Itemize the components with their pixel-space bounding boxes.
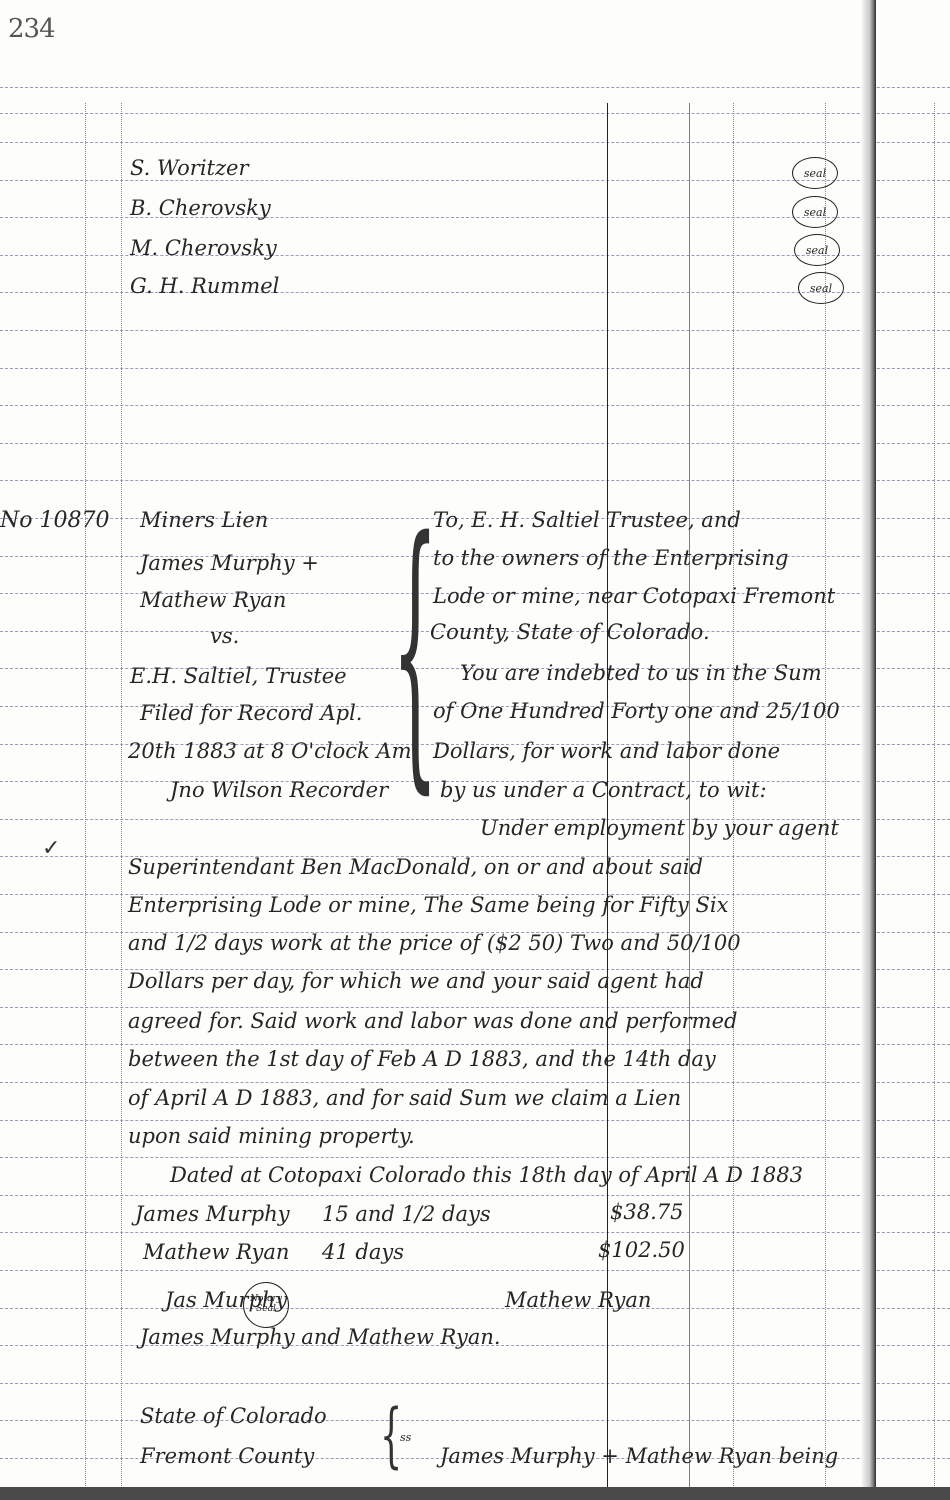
ruled-line: [0, 1232, 950, 1233]
check-mark-icon: ✓: [42, 836, 60, 861]
column-rule: [825, 103, 826, 1488]
body-line: of April A D 1883, and for said Sum we c…: [128, 1088, 681, 1109]
dated-line: Dated at Cotopaxi Colorado this 18th day…: [170, 1165, 803, 1186]
venue-state: State of Colorado: [140, 1406, 327, 1427]
caption-line: Mathew Ryan: [140, 590, 286, 611]
ruled-line: [0, 1082, 950, 1083]
ruled-line: [0, 480, 950, 481]
page-number: 234: [8, 14, 55, 44]
ledger-page: 234 S. Woritzer B. Cherovsky M. Cherovsk…: [0, 0, 950, 1500]
signature-line: B. Cherovsky: [130, 198, 271, 219]
claim-days: 41 days: [322, 1242, 404, 1263]
signature-line: Mathew Ryan: [505, 1290, 651, 1311]
ruled-line: [0, 330, 950, 331]
body-line: Dollars, for work and labor done: [433, 741, 780, 762]
scan-edge: [0, 1487, 950, 1500]
venue-brace: {: [380, 1400, 402, 1470]
body-line: agreed for. Said work and labor was done…: [128, 1011, 737, 1032]
ruled-line: [0, 1270, 950, 1271]
caption-line: E.H. Saltiel, Trustee: [130, 666, 347, 687]
body-line: You are indebted to us in the Sum: [460, 663, 822, 684]
body-text: To, E. H. Saltiel Trustee, and: [433, 508, 741, 532]
seal-stamp: seal: [794, 234, 840, 266]
body-line: Under employment by your agent: [480, 818, 839, 839]
caption-line: James Murphy +: [140, 553, 319, 574]
body-line: between the 1st day of Feb A D 1883, and…: [128, 1049, 716, 1070]
entry-number: No 10870: [0, 510, 109, 532]
ruled-line: [0, 1044, 950, 1045]
claim-claimant: Mathew Ryan: [143, 1242, 289, 1263]
body-line: and 1/2 days work at the price of ($2 50…: [128, 933, 741, 954]
body-line: County, State of Colorado.: [430, 622, 710, 643]
column-rule: [934, 103, 935, 1488]
venue-text: James Murphy + Mathew Ryan being: [440, 1446, 838, 1467]
ruled-line: [0, 368, 950, 369]
notary-seal-stamp: Notary Seal: [243, 1282, 289, 1328]
caption-line: vs.: [210, 626, 239, 647]
claim-days: 15 and 1/2 days: [322, 1204, 491, 1225]
body-line: of One Hundred Forty one and 25/100: [433, 701, 840, 722]
ruled-line: [0, 443, 950, 444]
ruled-line: [0, 1157, 950, 1158]
ruled-line: [0, 113, 950, 114]
ruled-line: [0, 405, 950, 406]
body-line: upon said mining property.: [128, 1126, 415, 1147]
claim-claimant: James Murphy: [135, 1204, 290, 1225]
signature-line: S. Woritzer: [130, 158, 249, 179]
signature-line: G. H. Rummel: [130, 276, 279, 297]
caption-line: Jno Wilson Recorder: [170, 780, 388, 801]
ruled-line: [0, 1007, 950, 1008]
body-line: Superintendant Ben MacDonald, on or and …: [128, 857, 703, 878]
ruled-line: [0, 1383, 950, 1384]
seal-stamp: seal: [792, 157, 838, 189]
ruled-line: [0, 1120, 950, 1121]
signature-line: M. Cherovsky: [130, 238, 277, 259]
seal-stamp: seal: [798, 272, 844, 304]
ruled-line: [0, 1195, 950, 1196]
caption-line: 20th 1883 at 8 O'clock Am: [128, 741, 412, 762]
seal-stamp: seal: [792, 196, 838, 228]
ruled-line: [0, 1308, 950, 1309]
signature-line: James Murphy and Mathew Ryan.: [140, 1327, 501, 1348]
body-line: by us under a Contract, to wit:: [440, 780, 767, 801]
caption-line: Filed for Record Apl.: [140, 703, 362, 724]
ruled-line: [0, 142, 950, 143]
body-line: To, E. H. Saltiel Trustee, and: [433, 510, 741, 531]
ruled-line: [0, 87, 950, 88]
venue-county: Fremont County: [140, 1446, 314, 1467]
book-binding-shadow: [862, 0, 876, 1488]
body-line: Dollars per day, for which we and your s…: [128, 971, 704, 992]
claim-amount: $102.50: [598, 1240, 685, 1261]
caption-title: Miners Lien: [140, 510, 268, 531]
column-rule: [121, 103, 122, 1488]
claim-amount: $38.75: [610, 1202, 683, 1223]
body-line: to the owners of the Enterprising: [433, 548, 788, 569]
venue-ss: ss: [400, 1432, 411, 1443]
body-line: Lode or mine, near Cotopaxi Fremont: [433, 586, 835, 607]
column-rule: [85, 103, 86, 1488]
body-line: Enterprising Lode or mine, The Same bein…: [128, 895, 728, 916]
caption-brace: {: [392, 505, 438, 795]
